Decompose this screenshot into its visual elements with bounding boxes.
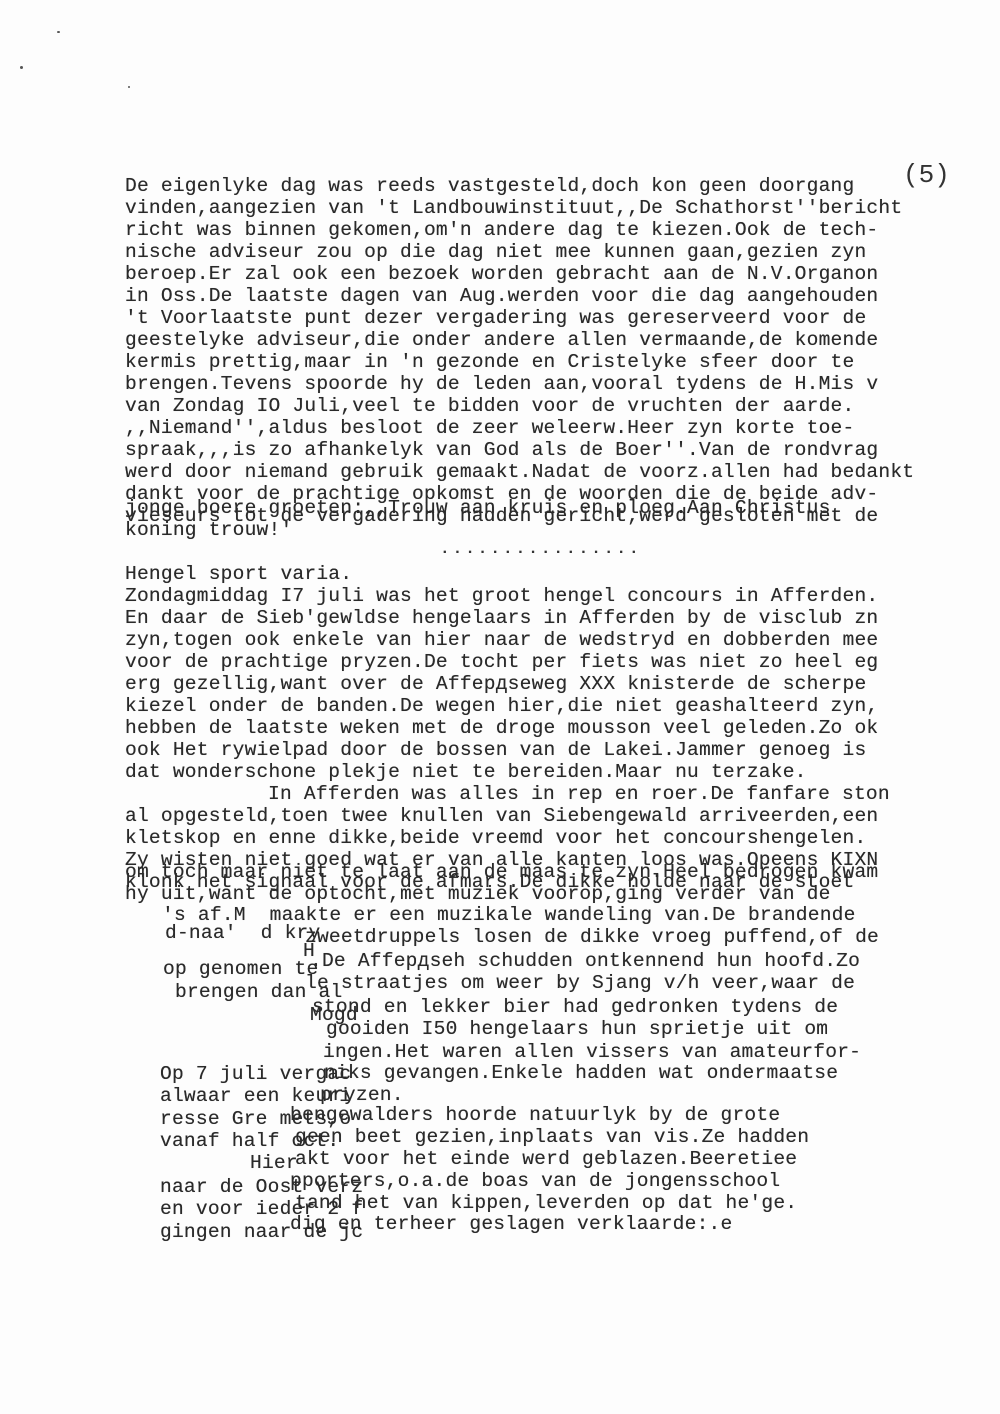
text-line: Zondagmiddag I7 juli was het groot henge… <box>125 585 878 607</box>
text-line: koning trouw!' <box>125 519 292 541</box>
text-line: hy uit,want de optocht,met muziek voorop… <box>125 883 831 905</box>
text-line: ,,Niemand'',aldus besloot de zeer weleer… <box>125 417 854 439</box>
text-line: vinden,aangezien van 't Landbouwinstituu… <box>125 197 902 219</box>
text-line: zyn,togen ook enkele van hier naar de we… <box>125 629 878 651</box>
paper-speck <box>128 86 130 88</box>
overlapping-text-line: niks gevangen.Enkele hadden wat ondermaa… <box>324 1062 838 1084</box>
paper-speck <box>20 66 23 69</box>
overlapping-text-line: zweetdruppels losen de dikke vroeg puffe… <box>305 926 879 948</box>
overlapping-text-line: ingen.Het waren allen vissers van amateu… <box>323 1041 861 1063</box>
text-line: 't Voorlaatste punt dezer vergadering wa… <box>125 307 866 329</box>
overlapping-text-line: akt voor het einde werd geblazen.Beereti… <box>295 1148 797 1170</box>
section-divider: ................ <box>440 540 642 558</box>
text-line: kiezel onder de banden.De wegen hier,die… <box>125 695 878 717</box>
overlapping-text-line: dig en terheer geslagen verklaarde:.e <box>290 1213 732 1235</box>
text-line: van Zondag IO Juli,veel te bidden voor d… <box>125 395 854 417</box>
text-line: dat wonderschone plekje niet te bereiden… <box>125 761 807 783</box>
text-line: En daar de Sieb'gewldse hengelaars in Af… <box>125 607 878 629</box>
text-line: beroep.Er zal ook een bezoek worden gebr… <box>125 263 878 285</box>
overlapping-text-line: pporters,o.a.de boas van de jongensschoo… <box>290 1170 780 1192</box>
text-line: spraak,,,is zo afhankelyk van God als de… <box>125 439 878 461</box>
overlapping-text-line: tand het van kippen,leverden op dat he'g… <box>295 1192 797 1214</box>
page-number: (5) <box>903 160 950 190</box>
section-title: Hengel sport varia. <box>125 563 352 585</box>
text-line: om toch maar niet te laat aan de maas te… <box>125 861 878 883</box>
text-line: kermis prettig,maar in 'n gezonde en Cri… <box>125 351 854 373</box>
text-line: al opgesteld,toen twee knullen van Siebe… <box>125 805 878 827</box>
text-line: jonge boere groeten:,,Trouw aan kruis en… <box>125 497 831 519</box>
text-line: geestelyke adviseur,die onder andere all… <box>125 329 878 351</box>
text-line: kletskop en enne dikke,beide vreemd voor… <box>125 827 866 849</box>
text-line: brengen.Tevens spoorde hy de leden aan,v… <box>125 373 878 395</box>
overlapping-text-line: .De Affердseh schudden ontkennend hun ho… <box>310 950 860 972</box>
text-line: nische adviseur zou op die dag niet mee … <box>125 241 866 263</box>
overlapping-text-line: le straatjes om weer by Sjang v/h veer,w… <box>305 972 855 994</box>
overlapping-text-line: geen beet gezien,inplaats van vis.Ze had… <box>295 1126 809 1148</box>
typewritten-page: (5) De eigenlyke dag was reeds vastgeste… <box>0 0 1000 1414</box>
text-line: werd door niemand gebruik gemaakt.Nadat … <box>125 461 914 483</box>
text-line: erg gezellig,want over de Affердseweg XX… <box>125 673 866 695</box>
overlapping-text-line: bengewalders hoorde natuurlyk by de grot… <box>290 1104 780 1126</box>
text-line: in Oss.De laatste dagen van Aug.werden v… <box>125 285 878 307</box>
overlapping-text-line: pryzen. <box>320 1084 404 1106</box>
text-line: ook Het rywielpad door de bossen van de … <box>125 739 866 761</box>
overlapping-text-line: op genomen te <box>163 958 318 980</box>
text-line: De eigenlyke dag was reeds vastgesteld,d… <box>125 175 854 197</box>
overlapping-text-line: gooiden I50 hengelaars hun sprietje uit … <box>326 1018 828 1040</box>
overlapping-text-line: Op 7 juli vergac <box>160 1063 351 1085</box>
text-line: In Afferden was alles in rep en roer.De … <box>268 783 890 805</box>
text-line: voor de prachtige pryzen.De tocht per fi… <box>125 651 878 673</box>
paper-speck <box>57 31 60 33</box>
overlapping-text-line: stond en lekker bier had gedronken tyden… <box>312 996 838 1018</box>
overlapping-text-line: d-naa' d kry <box>165 922 320 944</box>
text-line: hebben de laatste weken met de droge mou… <box>125 717 878 739</box>
text-line: richt was binnen gekomen,om'n andere dag… <box>125 219 878 241</box>
